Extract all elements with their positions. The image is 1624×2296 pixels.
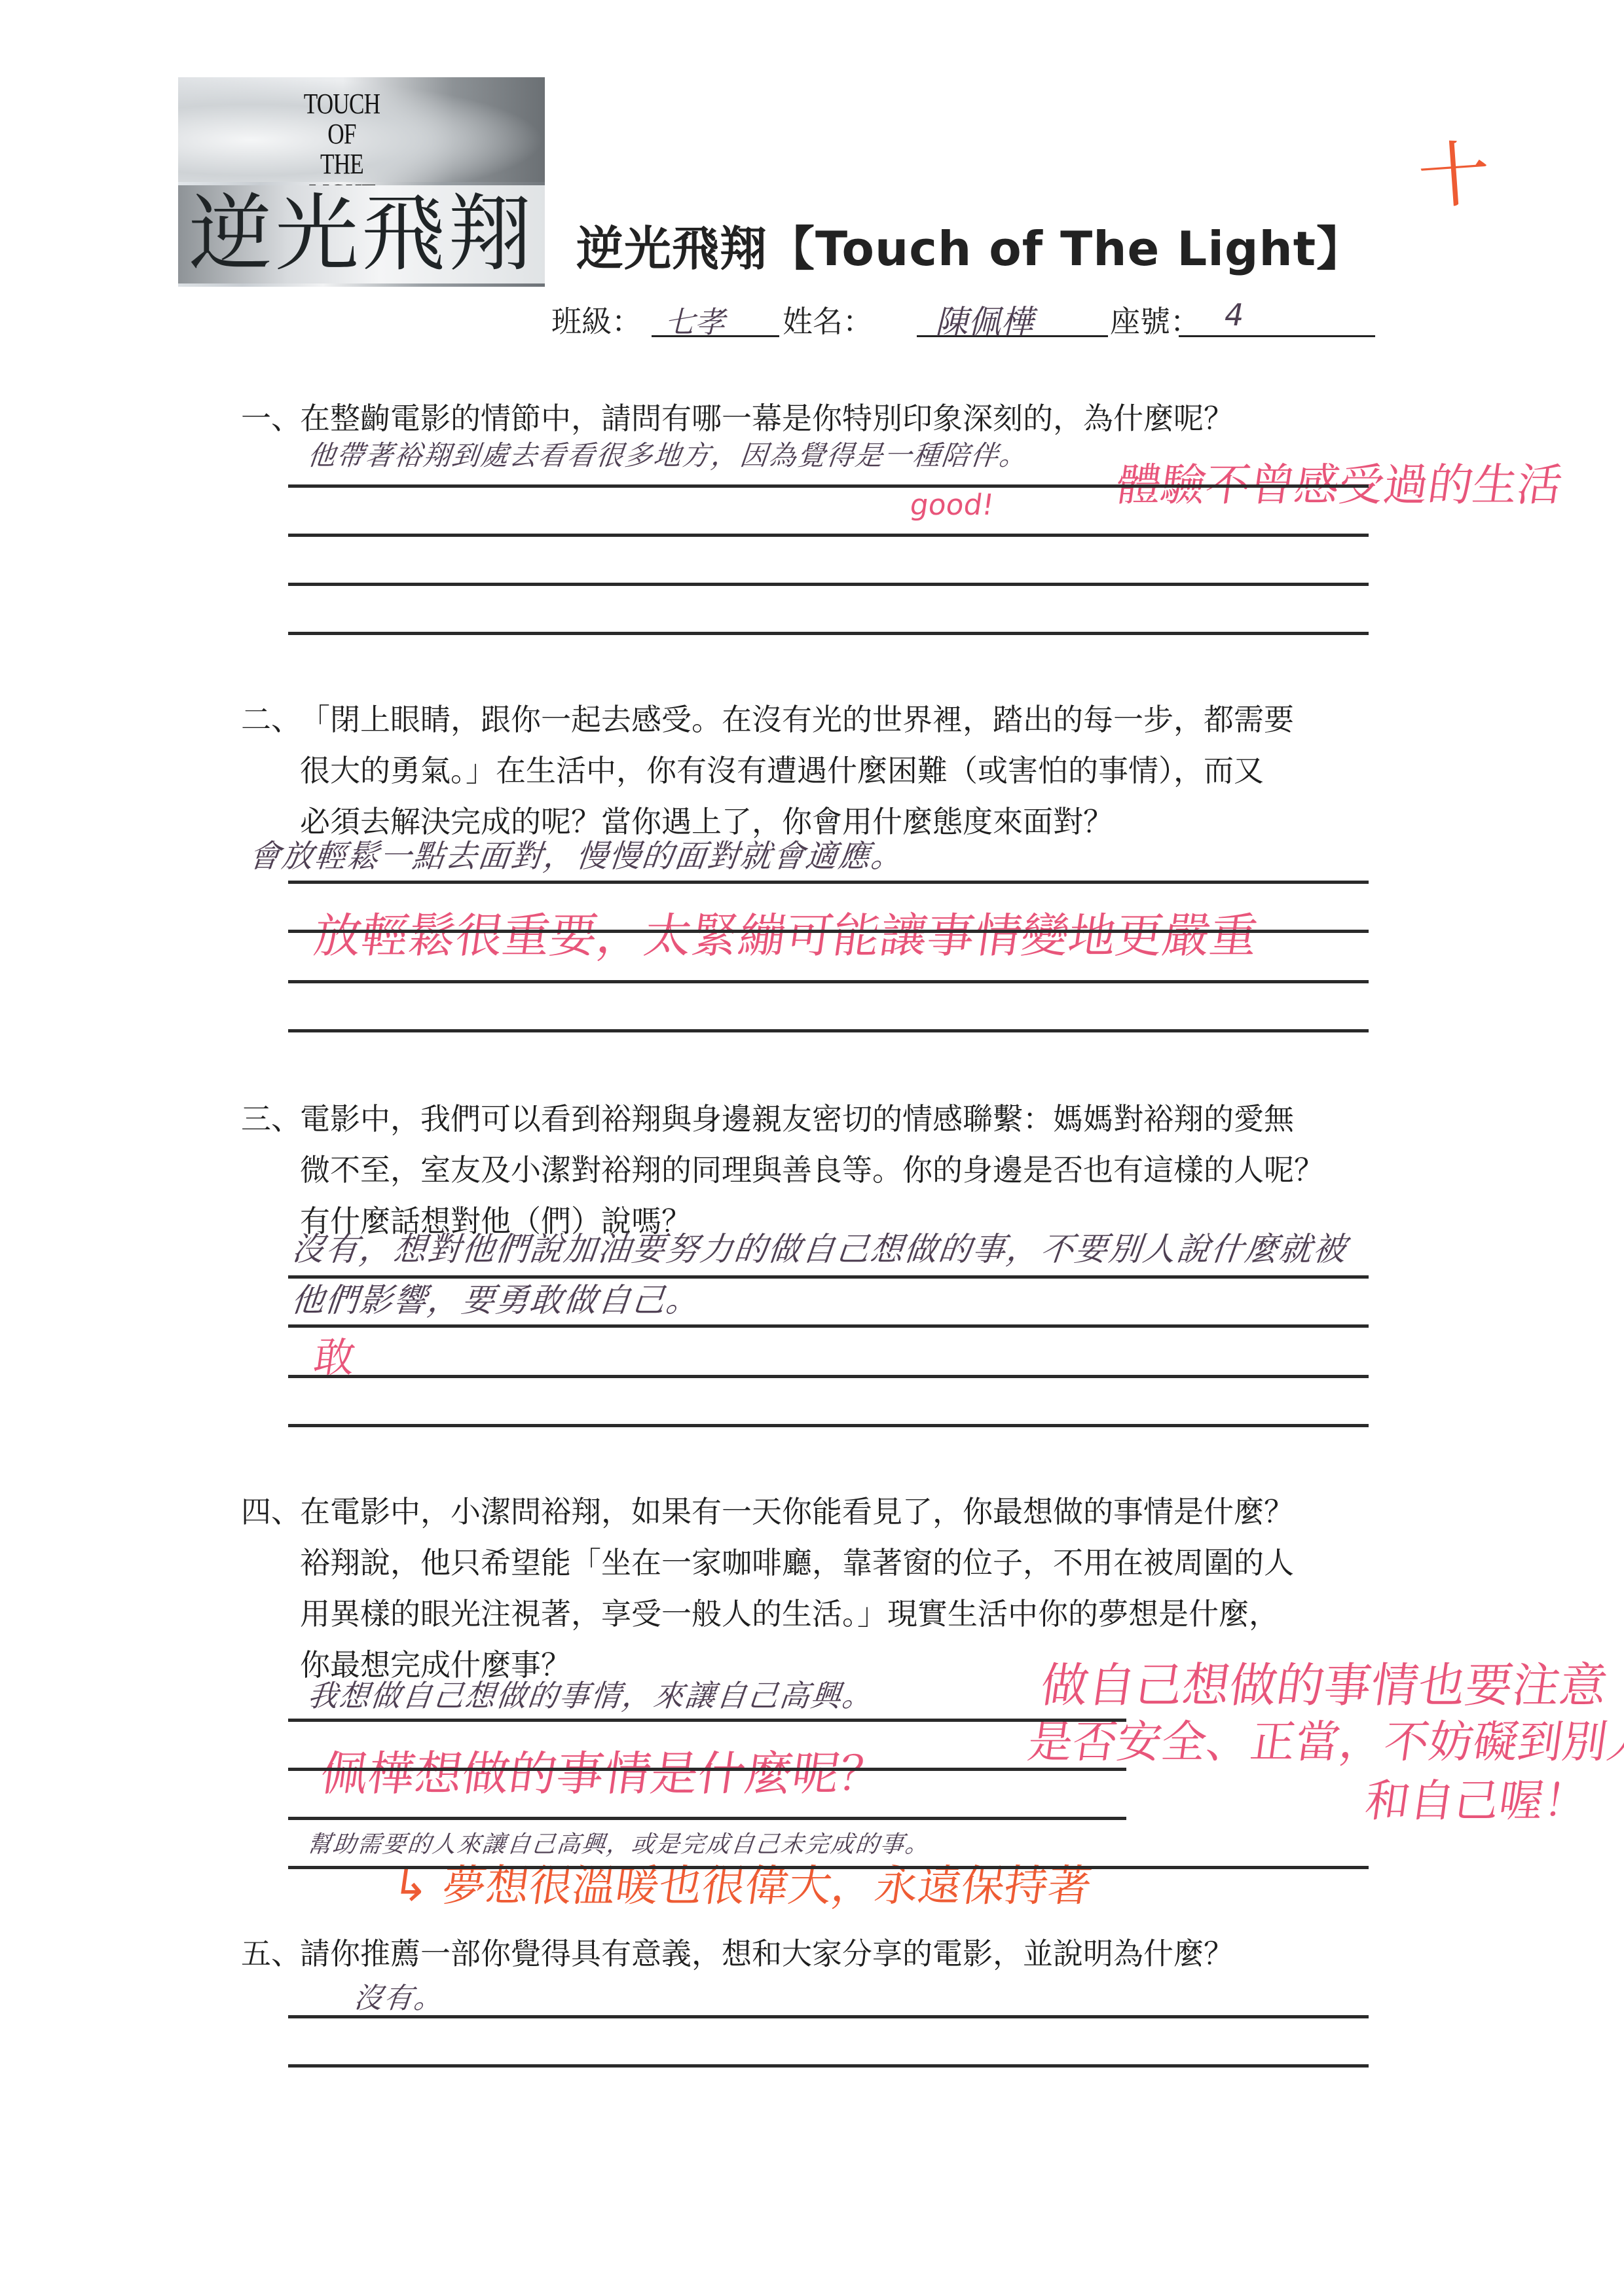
question-2: 二、「閉上眼睛，跟你一起去感受。在沒有光的世界裡，踏出的每一步，都需要 [241,694,1294,745]
seat-value: 4 [1225,297,1244,333]
name-label: 姓名： [783,298,873,341]
question-number: 一、 [241,393,300,444]
teacher-note-3: 敢 [311,1336,358,1380]
question-number: 五、 [241,1928,300,1979]
teacher-note-4-line-2: 是否安全、正當，不妨礙到別人 [1025,1719,1624,1768]
answer-line [288,484,1369,488]
answer-line [288,632,1369,635]
question-2-line-2: 很大的勇氣。」在生活中，你有沒有遭遇什麼困難（或害怕的事情），而又 [300,745,1264,796]
answer-line [288,1324,1369,1328]
question-text-line-1: 在電影中，小潔問裕翔，如果有一天你能看見了，你最想做的事情是什麼？ [300,1494,1294,1529]
question-number: 三、 [241,1093,300,1144]
question-number: 二、 [241,694,300,745]
logo-line-1: TOUCH [289,89,394,119]
question-text-line-1: 電影中，我們可以看到裕翔與身邊親友密切的情感聯繫：媽媽對裕翔的愛無 [300,1101,1294,1137]
teacher-note-4-line-3: 和自己喔！ [1362,1777,1592,1827]
movie-logo: TOUCH OF THE LIGHT 逆光飛翔 [178,77,545,287]
answer-3-line-1: 沒有，想對他們說加油要努力的做自己想做的事，不要別人說什麼就被 [289,1231,1349,1267]
logo-chinese-title: 逆光飛翔 [178,185,545,283]
answer-4-line-1: 我想做自己想做的事情，來讓自己高興。 [306,1677,876,1714]
question-text: 在整齣電影的情節中，請問有哪一幕是你特別印象深刻的，為什麼呢？ [300,401,1234,436]
question-number: 四、 [241,1486,300,1537]
answer-3-line-2: 他們影響，要勇敢做自己。 [289,1282,702,1319]
answer-line [288,534,1369,537]
question-4-line-3: 用異樣的眼光注視著，享受一般人的生活。」現實生活中你的夢想是什麼， [300,1588,1279,1639]
teacher-note-4-line-1: 做自己想做的事情也要注意 [1037,1660,1610,1711]
page-title: 逆光飛翔【Touch of The Light】 [576,211,1364,279]
answer-line [288,980,1369,983]
answer-4-line-2: 幫助需要的人來讓自己高興，或是完成自己未完成的事。 [306,1827,932,1863]
answer-line [288,1866,1369,1869]
answer-line [288,1719,1126,1722]
answer-line [288,2064,1369,2068]
answer-line [288,1275,1369,1279]
name-value: 陳佩樺 [935,296,1033,343]
class-label: 班級： [551,298,642,341]
answer-line [288,881,1369,884]
question-1: 一、在整齣電影的情節中，請問有哪一幕是你特別印象深刻的，為什麼呢？ [241,393,1234,444]
question-3-line-2: 微不至，室友及小潔對裕翔的同理與善良等。你的身邊是否也有這樣的人呢？ [300,1144,1324,1195]
answer-5-line-1: 沒有。 [352,1980,446,2017]
answer-line [288,2015,1369,2018]
answer-line [288,1768,1126,1771]
teacher-note-2: 放輕鬆很重要，太緊繃可能讓事情變地更嚴重 [310,910,1261,962]
answer-2-line-1: 會放輕鬆一點去面對，慢慢的面對就會適應。 [247,838,906,875]
answer-line [288,1029,1369,1032]
question-4-line-2: 裕翔說，他只希望能「坐在一家咖啡廳，靠著窗的位子，不用在被周圍的人 [300,1537,1294,1588]
answer-line [288,583,1369,586]
grade-mark: 十 [1414,115,1494,223]
logo-line-2: OF [289,119,394,149]
question-5: 五、請你推薦一部你覺得具有意義，想和大家分享的電影，並說明為什麼？ [241,1928,1234,1979]
class-field[interactable]: 七孝 [652,302,779,337]
answer-line [288,930,1369,933]
class-value: 七孝 [665,299,725,342]
name-field[interactable]: 陳佩樺 [917,302,1108,337]
answer-line [288,1375,1369,1378]
teacher-note-4-question: 佩樺想做的事情是什麼呢？ [317,1748,890,1800]
question-3: 三、電影中，我們可以看到裕翔與身邊親友密切的情感聯繫：媽媽對裕翔的愛無 [241,1093,1294,1144]
answer-line [288,1424,1369,1427]
teacher-note-4-arrow: ↳ 夢想很溫暖也很偉大，永遠保持著 [390,1863,1094,1910]
answer-1-line-1: 他帶著裕翔到處去看看很多地方，因為覺得是一種陪伴。 [306,437,1030,474]
seat-field[interactable]: 4 [1179,302,1375,337]
question-text-line-1: 「閉上眼睛，跟你一起去感受。在沒有光的世界裡，踏出的每一步，都需要 [300,702,1294,737]
answer-line [288,1817,1126,1820]
question-text: 請你推薦一部你覺得具有意義，想和大家分享的電影，並說明為什麼？ [300,1936,1234,1971]
teacher-note-good: good! [908,490,996,521]
question-4: 四、在電影中，小潔問裕翔，如果有一天你能看見了，你最想做的事情是什麼？ [241,1486,1294,1537]
